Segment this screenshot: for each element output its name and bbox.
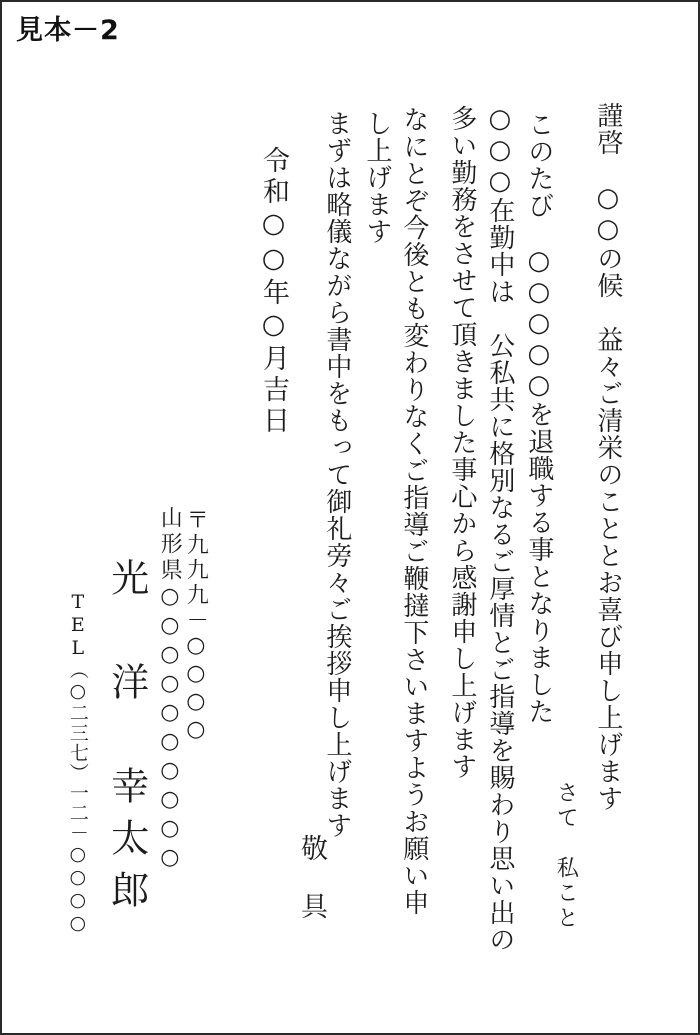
opening-line: 謹啓 ○○の候 益々ご清栄のこととお喜び申し上げます (592, 102, 622, 812)
body-line-2: ○○○在勤中は 公私共に格別なるご厚情とご指導を賜わり思い出の (484, 104, 514, 953)
body-line-4: なにとぞ今後とも変わりなくご指導ご鞭撻下さいますようお願い申 (398, 106, 428, 916)
letter-sample-page: 見本－2 謹啓 ○○の候 益々ご清栄のこととお喜び申し上げます さて 私こと こ… (0, 0, 700, 1035)
body-line-6: まずは略儀ながら書中をもって御礼旁々ご挨拶申し上げます (321, 110, 351, 839)
sender-address: 山形県○○○○○○○○○○ (157, 506, 182, 874)
body-line-5: し上げます (361, 110, 391, 245)
date-line: 令和○○年○月吉日 (258, 146, 289, 437)
transition-line: さて 私こと (553, 781, 578, 931)
sender-postal-code: 〒九九九－○○○○ (183, 508, 208, 745)
body-line-1: このたび ○○○○○を退職する事となりました (523, 111, 553, 725)
sample-label: 見本－2 (16, 8, 120, 47)
sender-tel: TEL（○二三七）一二－○○○○ (66, 591, 88, 935)
body-line-3: 多い勤務をさせて頂きました事心から感謝申し上げます (446, 105, 476, 780)
closing-word: 敬 具 (296, 834, 327, 921)
sender-name: 光 洋 幸太郎 (104, 558, 148, 922)
